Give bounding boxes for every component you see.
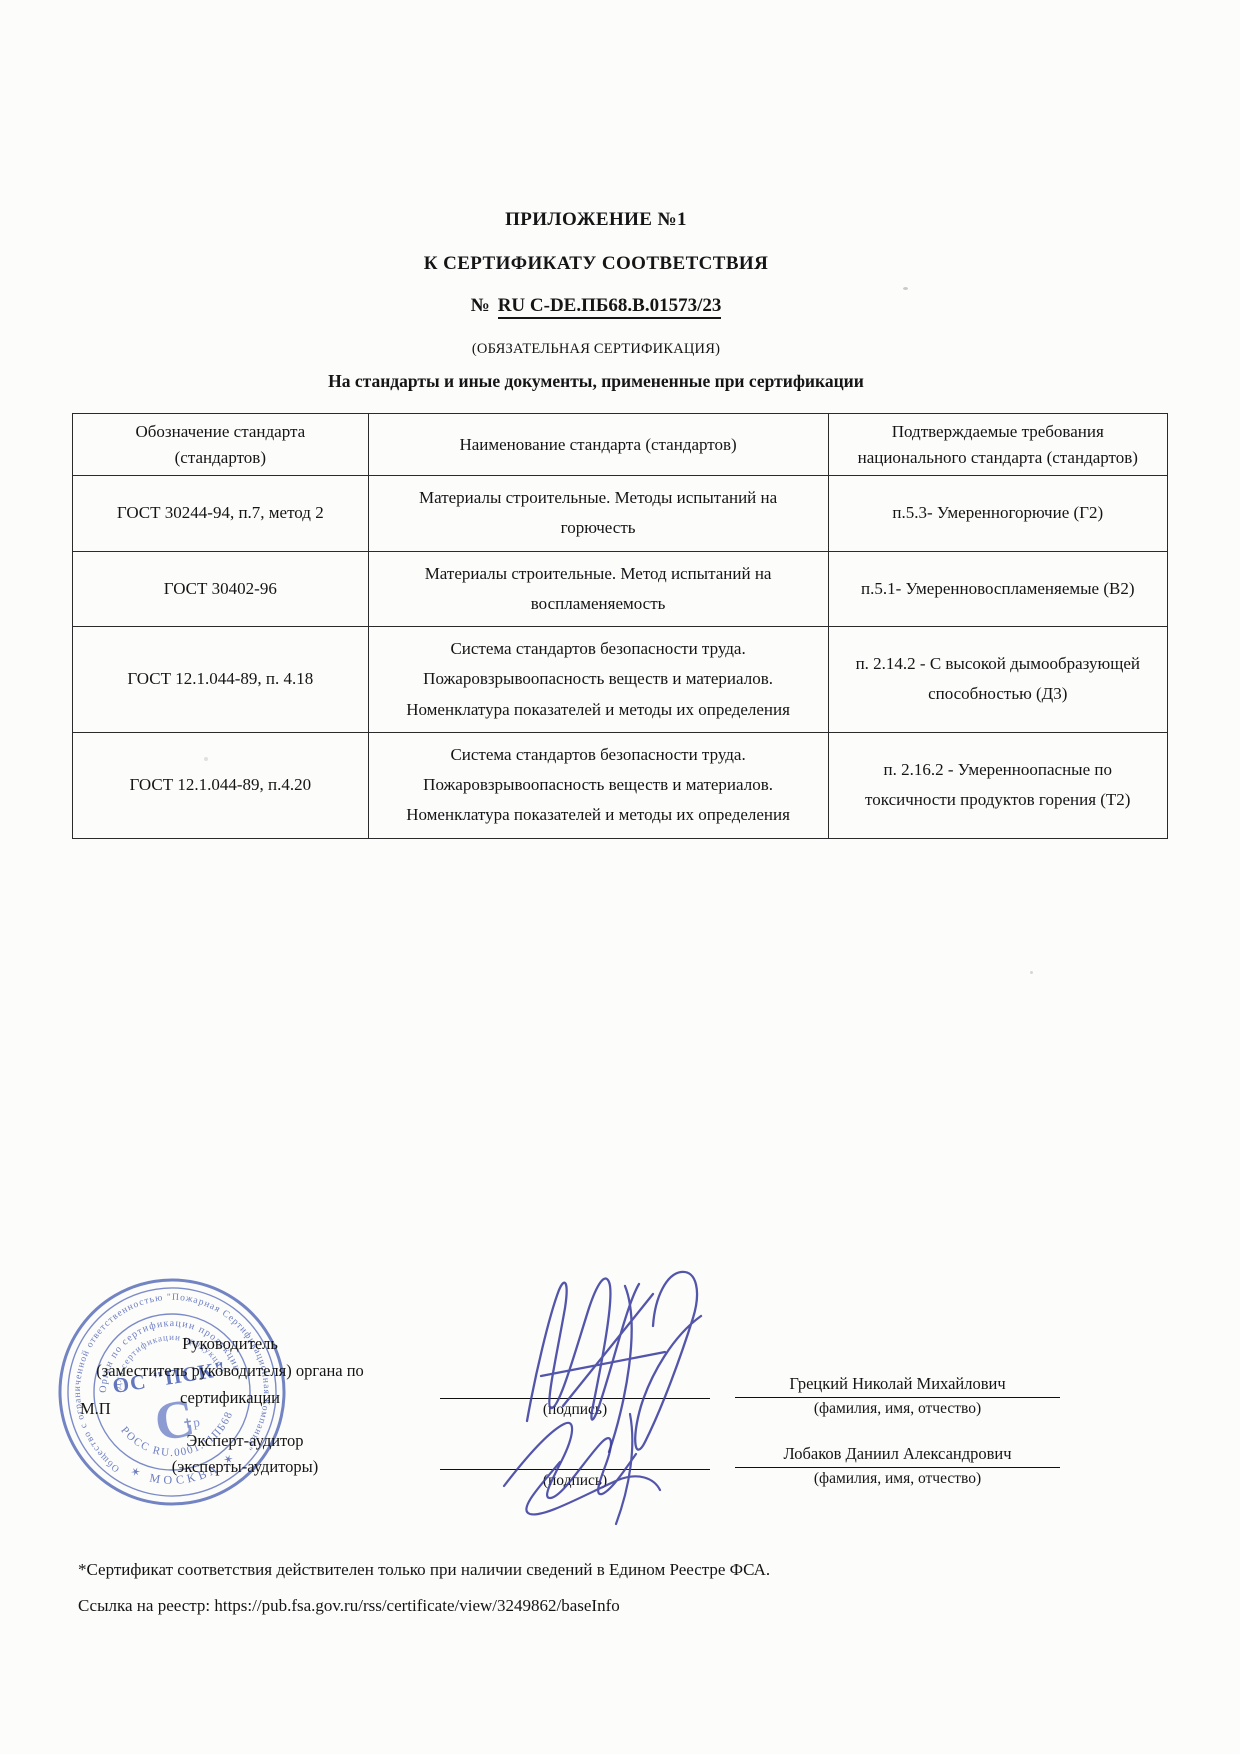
scan-artifact-dot xyxy=(903,287,908,290)
table-caption: На стандарты и иные документы, примененн… xyxy=(0,371,1192,392)
header-designation: Обозначение стандарта (стандартов) xyxy=(73,414,369,476)
name-caption: (фамилия, имя, отчество) xyxy=(735,1398,1060,1418)
table-row: ГОСТ 30244-94, п.7, метод 2 Материалы ст… xyxy=(73,476,1168,552)
certification-type-label: (ОБЯЗАТЕЛЬНАЯ СЕРТИФИКАЦИЯ) xyxy=(0,341,1192,358)
table-row: ГОСТ 12.1.044-89, п. 4.18 Система станда… xyxy=(73,627,1168,733)
certificate-appendix-page: ПРИЛОЖЕНИЕ №1 К СЕРТИФИКАТУ СООТВЕТСТВИЯ… xyxy=(0,0,1240,1754)
scan-artifact-dot xyxy=(204,757,208,761)
cell-designation: ГОСТ 30244-94, п.7, метод 2 xyxy=(73,476,369,552)
role-line: Руководитель xyxy=(80,1330,380,1357)
name-caption: (фамилия, имя, отчество) xyxy=(735,1468,1060,1488)
cell-name: Система стандартов безопасности труда. П… xyxy=(368,732,828,838)
cell-name: Система стандартов безопасности труда. П… xyxy=(368,627,828,733)
role-line: (заместитель руководителя) органа по xyxy=(80,1357,380,1384)
cell-designation: ГОСТ 30402-96 xyxy=(73,551,369,627)
role-line: сертификации xyxy=(80,1384,380,1411)
role-line: (эксперты-аудиторы) xyxy=(120,1454,370,1480)
cell-requirements: п. 2.14.2 - С высокой дымообразующей спо… xyxy=(828,627,1167,733)
certificate-subtitle: К СЕРТИФИКАТУ СООТВЕТСТВИЯ xyxy=(0,253,1192,275)
validity-note: *Сертификат соответствия действителен то… xyxy=(78,1560,770,1580)
cell-requirements: п. 2.16.2 - Умеренноопасные по токсичнос… xyxy=(828,732,1167,838)
table-row: ГОСТ 12.1.044-89, п.4.20 Система стандар… xyxy=(73,732,1168,838)
expert-full-name: Лобаков Даниил Александрович xyxy=(735,1444,1060,1468)
stamp-place-label: М.П xyxy=(80,1399,111,1419)
handwritten-signature-expert xyxy=(490,1402,675,1527)
cell-name: Материалы строительные. Метод испытаний … xyxy=(368,551,828,627)
role-line: Эксперт-аудитор xyxy=(120,1428,370,1454)
cell-designation: ГОСТ 12.1.044-89, п. 4.18 xyxy=(73,627,369,733)
table-row: ГОСТ 30402-96 Материалы строительные. Ме… xyxy=(73,551,1168,627)
expert-auditor-role-label: Эксперт-аудитор (эксперты-аудиторы) xyxy=(120,1428,370,1480)
table-header-row: Обозначение стандарта (стандартов) Наиме… xyxy=(73,414,1168,476)
cell-requirements: п.5.3- Умеренногорючие (Г2) xyxy=(828,476,1167,552)
certificate-number-prefix: № xyxy=(471,295,490,316)
certificate-number-line: №RU C-DE.ПБ68.В.01573/23 xyxy=(0,295,1192,317)
expert-name-block: Лобаков Даниил Александрович (фамилия, и… xyxy=(735,1444,1060,1488)
certificate-number: RU C-DE.ПБ68.В.01573/23 xyxy=(498,295,722,319)
cell-requirements: п.5.1- Умеренновоспламеняемые (В2) xyxy=(828,551,1167,627)
appendix-title: ПРИЛОЖЕНИЕ №1 xyxy=(0,209,1192,231)
head-of-body-role-label: Руководитель (заместитель руководителя) … xyxy=(80,1330,380,1411)
header-name: Наименование стандарта (стандартов) xyxy=(368,414,828,476)
registry-link-line: Ссылка на реестр: https://pub.fsa.gov.ru… xyxy=(78,1596,620,1616)
header-requirements: Подтверждаемые требования национального … xyxy=(828,414,1167,476)
cell-name: Материалы строительные. Методы испытаний… xyxy=(368,476,828,552)
head-name-block: Грецкий Николай Михайлович (фамилия, имя… xyxy=(735,1374,1060,1418)
head-full-name: Грецкий Николай Михайлович xyxy=(735,1374,1060,1398)
standards-table: Обозначение стандарта (стандартов) Наиме… xyxy=(72,413,1168,839)
scan-artifact-dot xyxy=(1030,971,1033,974)
cell-designation: ГОСТ 12.1.044-89, п.4.20 xyxy=(73,732,369,838)
